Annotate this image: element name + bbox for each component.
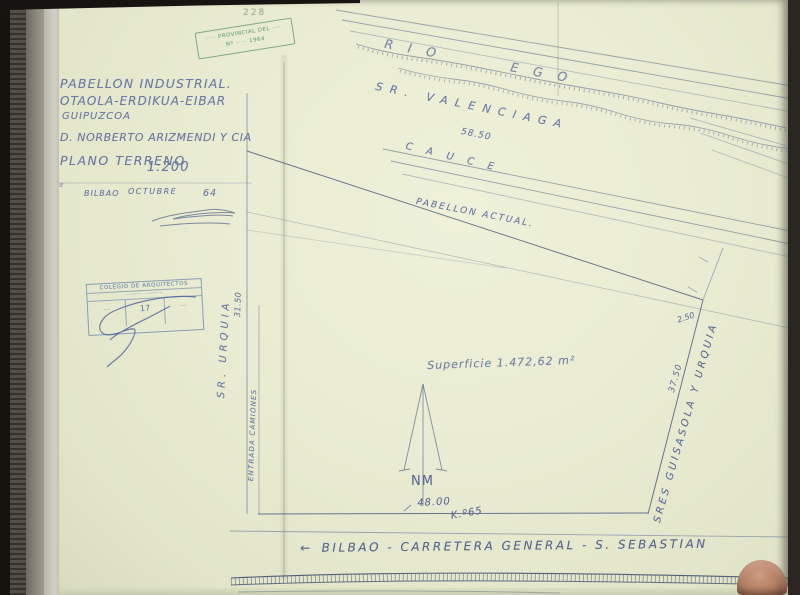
title-line-3: GUIPUZCOA [62, 111, 131, 122]
page-number: 228 [243, 8, 266, 18]
year-label: 64 [203, 188, 217, 199]
book-binding-edge [0, 0, 10, 595]
college-stamp-cell-2: 17 [126, 298, 166, 326]
college-stamp-cell-1: ···· [88, 300, 128, 328]
page-stack-edge-mid [26, 0, 44, 595]
road-edge-lines [231, 573, 789, 593]
title-line-1: PABELLON INDUSTRIAL. [60, 76, 232, 91]
title-line-4: D. NORBERTO ARIZMENDI Y CIA [60, 131, 252, 144]
right-page-edge [788, 0, 800, 595]
parcel-boundary [247, 93, 723, 514]
title-line-2: OTAOLA-ERDIKUA-EIBAR [60, 94, 226, 108]
college-stamp-cells: ···· 17 ···· [88, 296, 203, 328]
month-label: OCTUBRE [128, 187, 177, 196]
page-stack-edge-light [44, 0, 59, 595]
college-stamp: COLEGIO DE ARQUITECTOS ·· ········ · ···… [86, 278, 205, 336]
pavilion-line [247, 212, 789, 328]
dimension-tick [404, 505, 411, 511]
city-label: BILBAO [84, 189, 120, 198]
west-arrow-icon: ← [300, 541, 313, 555]
left-dimension: 31.50 [233, 292, 243, 318]
page-stack-edge-dark [10, 0, 26, 595]
scanned-plan-page: 228 PABELLON INDUSTRIAL. OTAOLA-ERDIKUA-… [0, 0, 800, 595]
bottom-dimension: 48.00 [417, 496, 451, 509]
college-stamp-cell-3: ···· [164, 296, 203, 324]
signature [152, 209, 235, 226]
scale-label: 1:200 [147, 160, 189, 175]
north-mark-label: NM [411, 474, 434, 489]
